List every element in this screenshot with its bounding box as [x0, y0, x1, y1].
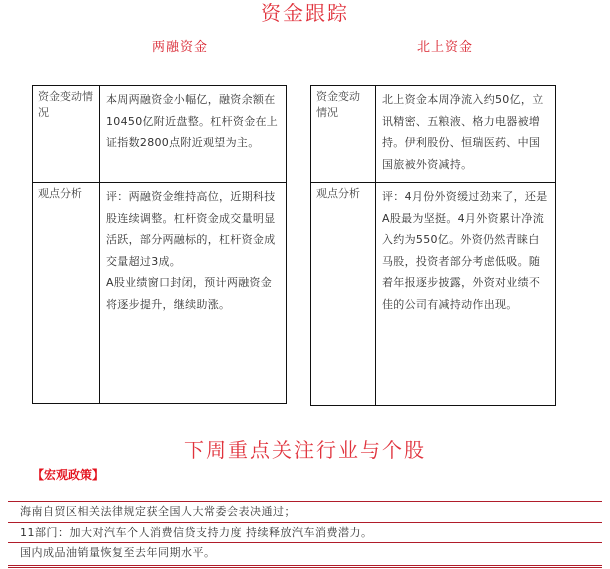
paragraph: 北上资金本周净流入约50亿，立讯精密、五粮液、格力电器被增持。伊利股份、恒瑞医药…: [382, 89, 549, 175]
row-content: 评：两融资金维持高位，近期科技股连续调整。杠杆资金成交量明显活跃，部分两融标的，…: [100, 183, 286, 403]
paragraph: 评：两融资金维持高位，近期科技股连续调整。杠杆资金成交量明显活跃，部分两融标的，…: [106, 186, 280, 272]
paragraph: 评：4月份外资缓过劲来了，还是A股最为坚挺。4月外资累计净流入约为550亿。外资…: [382, 186, 549, 315]
list-item: 国内成品油销量恢复至去年同期水平。: [8, 542, 602, 563]
table-row: 资金变动情况 本周两融资金小幅亿，融资余额在10450亿附近盘整。杠杆资金在上证…: [33, 86, 286, 183]
list-item: 11部门：加大对汽车个人消费信贷支持力度 持续释放汽车消费潜力。: [8, 522, 602, 543]
row-label: 资金变动情况: [311, 86, 376, 182]
margin-financing-heading: 两融资金: [152, 39, 208, 57]
northbound-table: 资金变动情况 北上资金本周净流入约50亿，立讯精密、五粮液、格力电器被增持。伊利…: [310, 85, 556, 406]
table-row: 资金变动情况 北上资金本周净流入约50亿，立讯精密、五粮液、格力电器被增持。伊利…: [311, 86, 555, 183]
focus-section-title: 下周重点关注行业与个股: [0, 437, 610, 463]
paragraph: A股业绩窗口封闭，预计两融资金将逐步提升，继续助涨。: [106, 272, 280, 315]
list-end-rule: [8, 565, 602, 568]
row-content: 本周两融资金小幅亿，融资余额在10450亿附近盘整。杠杆资金在上证指数2800点…: [100, 86, 286, 182]
macro-news-list: 海南自贸区相关法律规定获全国人大常委会表决通过； 11部门：加大对汽车个人消费信…: [8, 501, 602, 568]
row-label: 资金变动情况: [33, 86, 100, 182]
macro-policy-tag: 【宏观政策】: [32, 466, 104, 484]
table-row: 观点分析 评：两融资金维持高位，近期科技股连续调整。杠杆资金成交量明显活跃，部分…: [33, 183, 286, 403]
row-label: 观点分析: [33, 183, 100, 403]
paragraph: 本周两融资金小幅亿，融资余额在10450亿附近盘整。杠杆资金在上证指数2800点…: [106, 89, 280, 154]
page-title: 资金跟踪: [0, 0, 610, 26]
northbound-heading: 北上资金: [417, 39, 473, 57]
list-item: 海南自贸区相关法律规定获全国人大常委会表决通过；: [8, 501, 602, 522]
margin-financing-table: 资金变动情况 本周两融资金小幅亿，融资余额在10450亿附近盘整。杠杆资金在上证…: [32, 85, 287, 404]
row-label: 观点分析: [311, 183, 376, 405]
row-content: 北上资金本周净流入约50亿，立讯精密、五粮液、格力电器被增持。伊利股份、恒瑞医药…: [376, 86, 555, 182]
row-content: 评：4月份外资缓过劲来了，还是A股最为坚挺。4月外资累计净流入约为550亿。外资…: [376, 183, 555, 405]
table-row: 观点分析 评：4月份外资缓过劲来了，还是A股最为坚挺。4月外资累计净流入约为55…: [311, 183, 555, 405]
